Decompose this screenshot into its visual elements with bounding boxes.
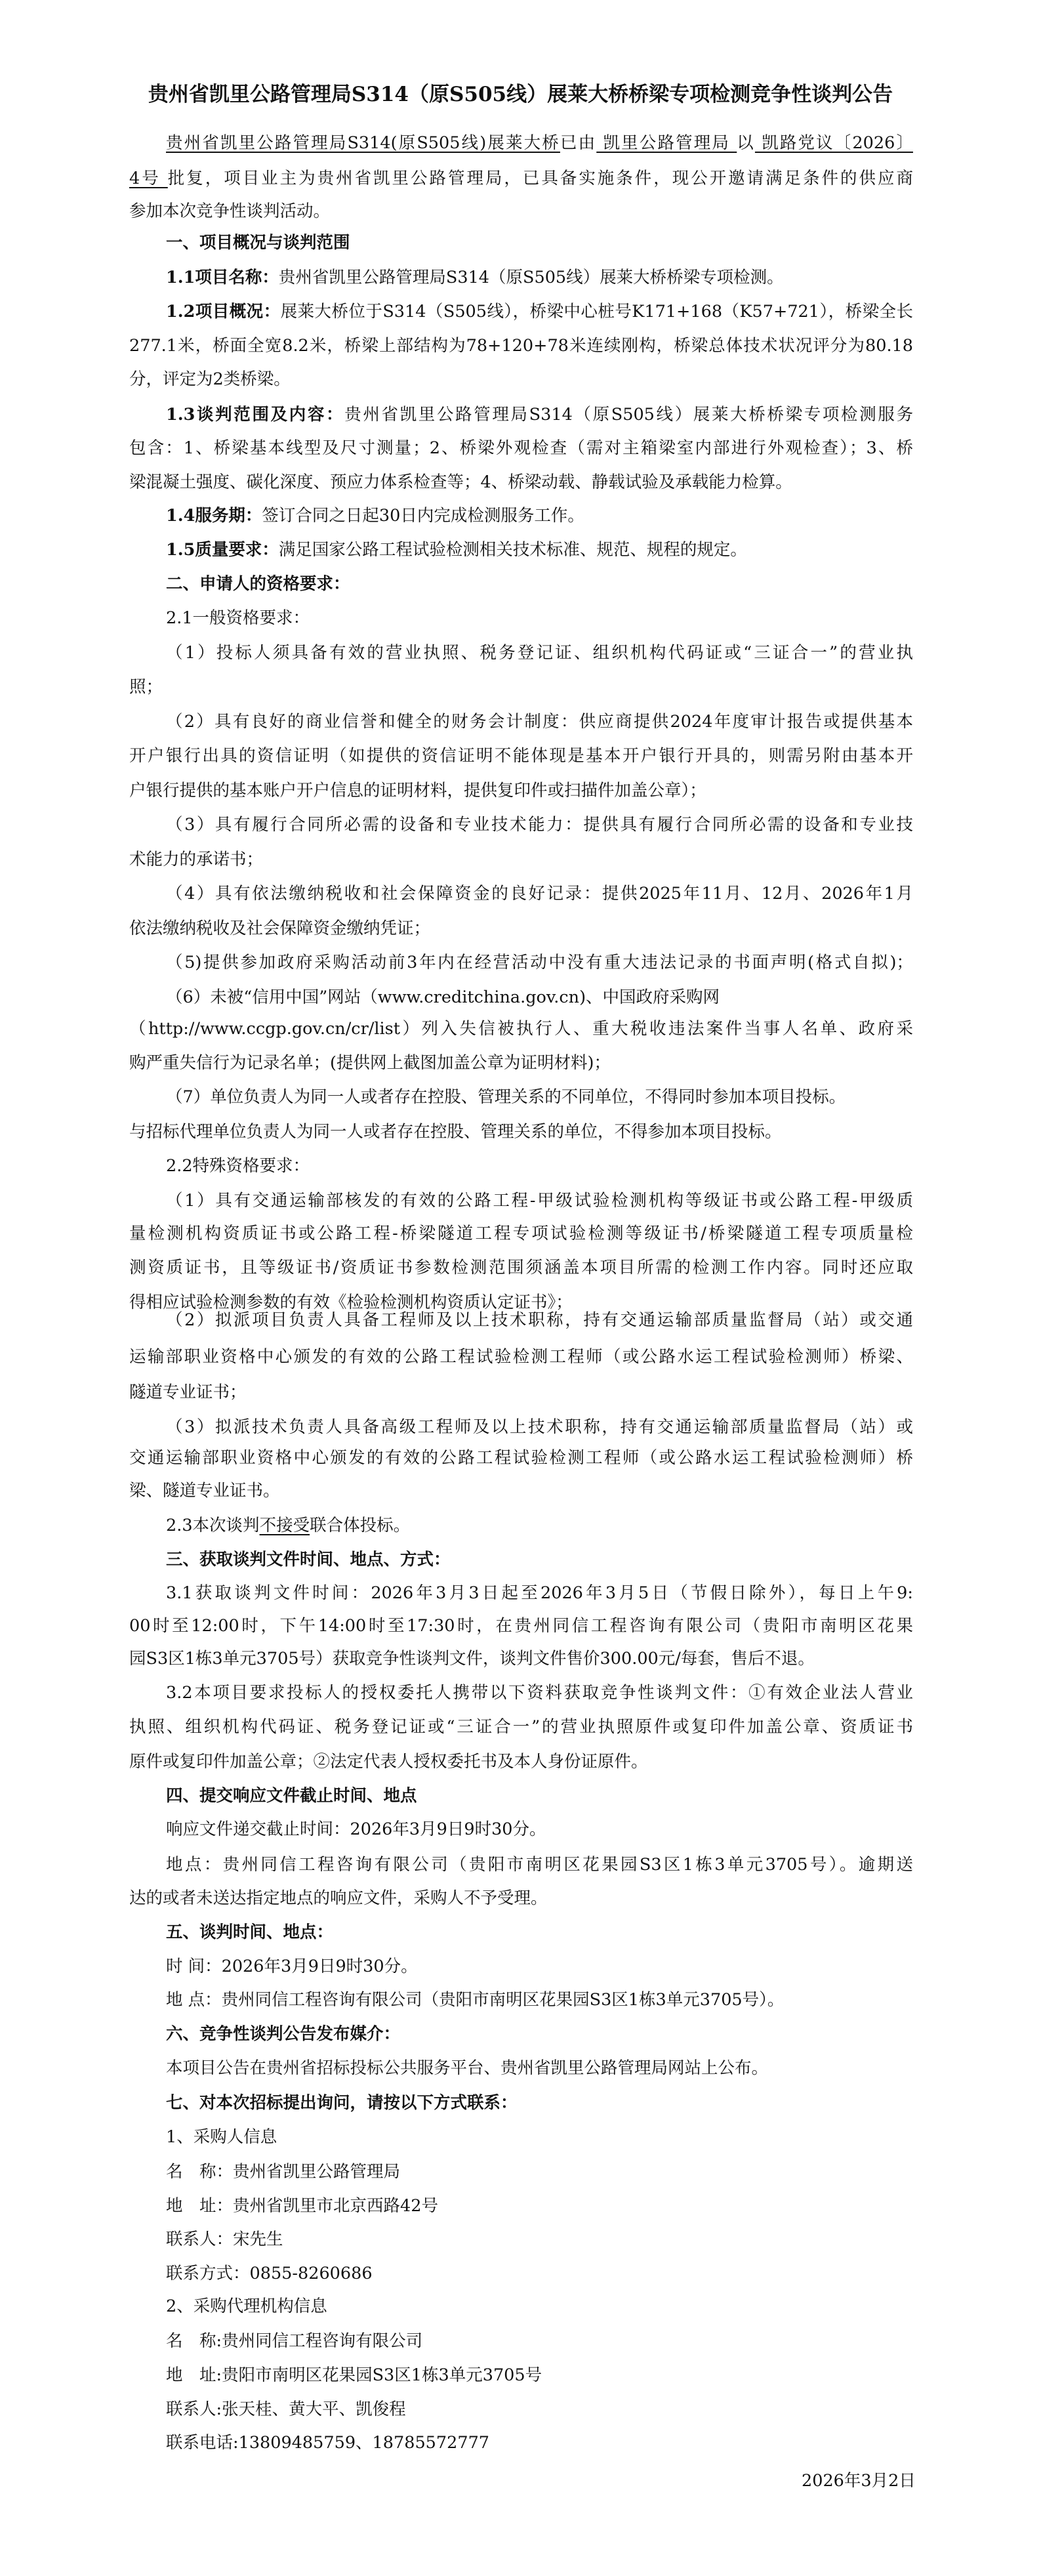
approval-doc-underlined: 凯路党议〔2026〕 <box>755 133 913 153</box>
special-req-1-cont: 量检测机构资质证书或公路工程-桥梁隧道工程专项试验检测等级证书/桥梁隧道工程专项… <box>129 1222 913 1245</box>
item-3-1-cont: 园S3区1栋3单元3705号）获取竞争性谈判文件，谈判文件售价300.00元/每… <box>129 1648 913 1670</box>
general-req-3: （3）具有履行合同所必需的设备和专业技术能力：提供具有履行合同所必需的设备和专业… <box>166 814 913 836</box>
section-2-heading: 二、申请人的资格要求： <box>166 573 913 595</box>
special-req-2: （2）拟派项目负责人具备工程师及以上技术职称，持有交通运输部质量监督局（站）或交… <box>166 1309 913 1331</box>
buyer-phone: 联系方式：0855-8260686 <box>166 2262 913 2285</box>
general-req-5: （5)提供参加政府采购活动前3年内在经营活动中没有重大违法记录的书面声明(格式自… <box>166 951 913 974</box>
negotiation-place: 地 点：贵州同信工程咨询有限公司（贵阳市南明区花果园S3区1栋3单元3705号）… <box>166 1989 913 2011</box>
general-req-2-cont: 开户银行出具的资信证明（如提供的资信证明不能体现是基本开户银行开具的，则需另附由… <box>129 745 913 767</box>
intro-line-1: 贵州省凯里公路管理局S314(原S505线)展莱大桥已由 凯里公路管理局 以 凯… <box>166 132 913 154</box>
general-req-6-cont: （http://www.ccgp.gov.cn/cr/list）列入失信被执行人… <box>129 1018 913 1040</box>
buyer-address: 地 址：贵州省凯里市北京西路42号 <box>166 2195 913 2217</box>
negotiation-time: 时 间：2026年3月9日9时30分。 <box>166 1955 913 1978</box>
special-req-2-cont: 隧道专业证书； <box>129 1381 913 1403</box>
submission-place-cont: 达的或者未送达指定地点的响应文件，采购人不予受理。 <box>129 1887 913 1909</box>
special-req-3-cont: 交通运输部职业资格中心颁发的有效的公路工程试验检测工程师（或公路水运工程试验检测… <box>129 1447 913 1469</box>
section-6-heading: 六、竞争性谈判公告发布媒介： <box>166 2023 913 2045</box>
agent-phone: 联系电话:13809485759、18785572777 <box>166 2432 913 2454</box>
special-req-1: （1）具有交通运输部核发的有效的公路工程-甲级试验检测机构等级证书或公路工程-甲… <box>166 1190 913 1212</box>
general-req-7: （7）单位负责人为同一人或者存在控股、管理关系的不同单位，不得同时参加本项目投标… <box>166 1086 913 1108</box>
item-1-3-cont: 包含：1、桥梁基本线型及尺寸测量；2、桥梁外观检查（需对主箱梁室内部进行外观检查… <box>129 437 913 459</box>
approver-underlined: 凯里公路管理局 <box>596 133 737 153</box>
agent-address: 地 址:贵阳市南明区花果园S3区1栋3单元3705号 <box>166 2364 913 2386</box>
buyer-contact: 联系人：宋先生 <box>166 2228 913 2251</box>
buyer-info-heading: 1、采购人信息 <box>166 2126 913 2148</box>
intro-line-3: 参加本次竞争性谈判活动。 <box>129 200 913 222</box>
general-req-6: （6）未被“信用中国”网站（www.creditchina.gov.cn)、中国… <box>166 986 913 1008</box>
general-req-7-cont: 与招标代理单位负责人为同一人或者存在控股、管理关系的单位，不得参加本项目投标。 <box>129 1121 913 1143</box>
item-1-2-cont: 277.1米，桥面全宽8.2米，桥梁上部结构为78+120+78米连续刚构，桥梁… <box>129 335 913 357</box>
general-req-1-cont: 照； <box>129 676 913 698</box>
special-req-3: （3）拟派技术负责人具备高级工程师及以上技术职称，持有交通运输部质量监督局（站）… <box>166 1416 913 1438</box>
item-3-1-cont: 00时至12:00时，下午14:00时至17:30时，在贵州同信工程咨询有限公司… <box>129 1615 913 1637</box>
agent-name: 名 称:贵州同信工程咨询有限公司 <box>166 2330 913 2352</box>
special-req-heading: 2.2特殊资格要求： <box>166 1155 913 1177</box>
publication-media: 本项目公告在贵州省招标投标公共服务平台、贵州省凯里公路管理局网站上公布。 <box>166 2057 913 2079</box>
general-req-1: （1）投标人须具备有效的营业执照、税务登记证、组织机构代码证或“三证合一”的营业… <box>166 642 913 664</box>
item-1-5: 1.5质量要求：满足国家公路工程试验检测相关技术标准、规范、规程的规定。 <box>166 539 913 561</box>
not-accepted-underlined: 不接受 <box>260 1516 310 1535</box>
item-2-3: 2.3本次谈判不接受联合体投标。 <box>166 1514 913 1537</box>
general-req-4-cont: 依法缴纳税收及社会保障资金缴纳凭证； <box>129 917 913 940</box>
agent-info-heading: 2、采购代理机构信息 <box>166 2295 913 2317</box>
item-3-2-cont: 执照、组织机构代码证、税务登记证或“三证合一”的营业执照原件或复印件加盖公章、资… <box>129 1716 913 1738</box>
item-1-2: 1.2项目概况：展莱大桥位于S314（S505线），桥梁中心桩号K171+168… <box>166 301 913 323</box>
section-1-heading: 一、项目概况与谈判范围 <box>166 232 913 254</box>
item-1-4: 1.4服务期：签订合同之日起30日内完成检测服务工作。 <box>166 505 913 527</box>
agent-contact: 联系人:张天桂、黄大平、凯俊程 <box>166 2398 913 2420</box>
item-1-3: 1.3谈判范围及内容：贵州省凯里公路管理局S314（原S505线）展莱大桥桥梁专… <box>166 404 913 426</box>
special-req-1-cont: 测资质证书，且等级证书/资质证书参数检测范围须涵盖本项目所需的检测工作内容。同时… <box>129 1257 913 1279</box>
announcement-date: 2026年3月2日 <box>802 2470 916 2492</box>
project-name-underlined: 贵州省凯里公路管理局S314(原S505线)展莱大桥 <box>166 133 560 153</box>
special-req-3-cont: 梁、隧道专业证书。 <box>129 1480 913 1502</box>
item-1-2-cont: 分，评定为2类桥梁。 <box>129 368 913 390</box>
general-req-3-cont: 术能力的承诺书； <box>129 848 913 871</box>
section-3-heading: 三、获取谈判文件时间、地点、方式： <box>166 1548 913 1571</box>
submission-place: 地点：贵州同信工程咨询有限公司（贵阳市南明区花果园S3区1栋3单元3705号）。… <box>166 1854 913 1876</box>
item-1-3-cont: 梁混凝土强度、碳化深度、预应力体系检查等；4、桥梁动载、静载试验及承载能力检算。 <box>129 471 913 493</box>
item-3-2-cont: 原件或复印件加盖公章；②法定代表人授权委托书及本人身份证原件。 <box>129 1751 913 1773</box>
general-req-2-cont: 户银行提供的基本账户开户信息的证明材料，提供复印件或扫描件加盖公章）； <box>129 779 913 802</box>
special-req-2-cont: 运输部职业资格中心颁发的有效的公路工程试验检测工程师（或公路水运工程试验检测师）… <box>129 1346 913 1368</box>
intro-line-2: 4号 批复，项目业主为贵州省凯里公路管理局，已具备实施条件，现公开邀请满足条件的… <box>129 167 913 190</box>
section-5-heading: 五、谈判时间、地点： <box>166 1921 913 1943</box>
general-req-4: （4）具有依法缴纳税收和社会保障资金的良好记录：提供2025年11月、12月、2… <box>166 883 913 905</box>
section-7-heading: 七、对本次招标提出询问，请按以下方式联系： <box>166 2092 913 2114</box>
item-1-1: 1.1项目名称：贵州省凯里公路管理局S314（原S505线）展莱大桥桥梁专项检测… <box>166 266 913 289</box>
announcement-page: 贵州省凯里公路管理局S314（原S505线）展莱大桥桥梁专项检测竞争性谈判公告 … <box>0 0 1041 2576</box>
submission-deadline: 响应文件递交截止时间：2026年3月9日9时30分。 <box>166 1818 913 1840</box>
item-3-2: 3.2本项目要求投标人的授权委托人携带以下资料获取竞争性谈判文件：①有效企业法人… <box>166 1682 913 1704</box>
buyer-name: 名 称：贵州省凯里公路管理局 <box>166 2161 913 2183</box>
general-req-heading: 2.1一般资格要求： <box>166 607 913 629</box>
general-req-2: （2）具有良好的商业信誉和健全的财务会计制度：供应商提供2024年度审计报告或提… <box>166 711 913 733</box>
general-req-6-cont: 购严重失信行为记录名单；(提供网上截图加盖公章为证明材料)； <box>129 1052 913 1074</box>
section-4-heading: 四、提交响应文件截止时间、地点 <box>166 1785 913 1807</box>
item-3-1: 3.1获取谈判文件时间：2026年3月3日起至2026年3月5日（节假日除外），… <box>166 1582 913 1604</box>
page-title: 贵州省凯里公路管理局S314（原S505线）展莱大桥桥梁专项检测竞争性谈判公告 <box>0 80 1041 109</box>
